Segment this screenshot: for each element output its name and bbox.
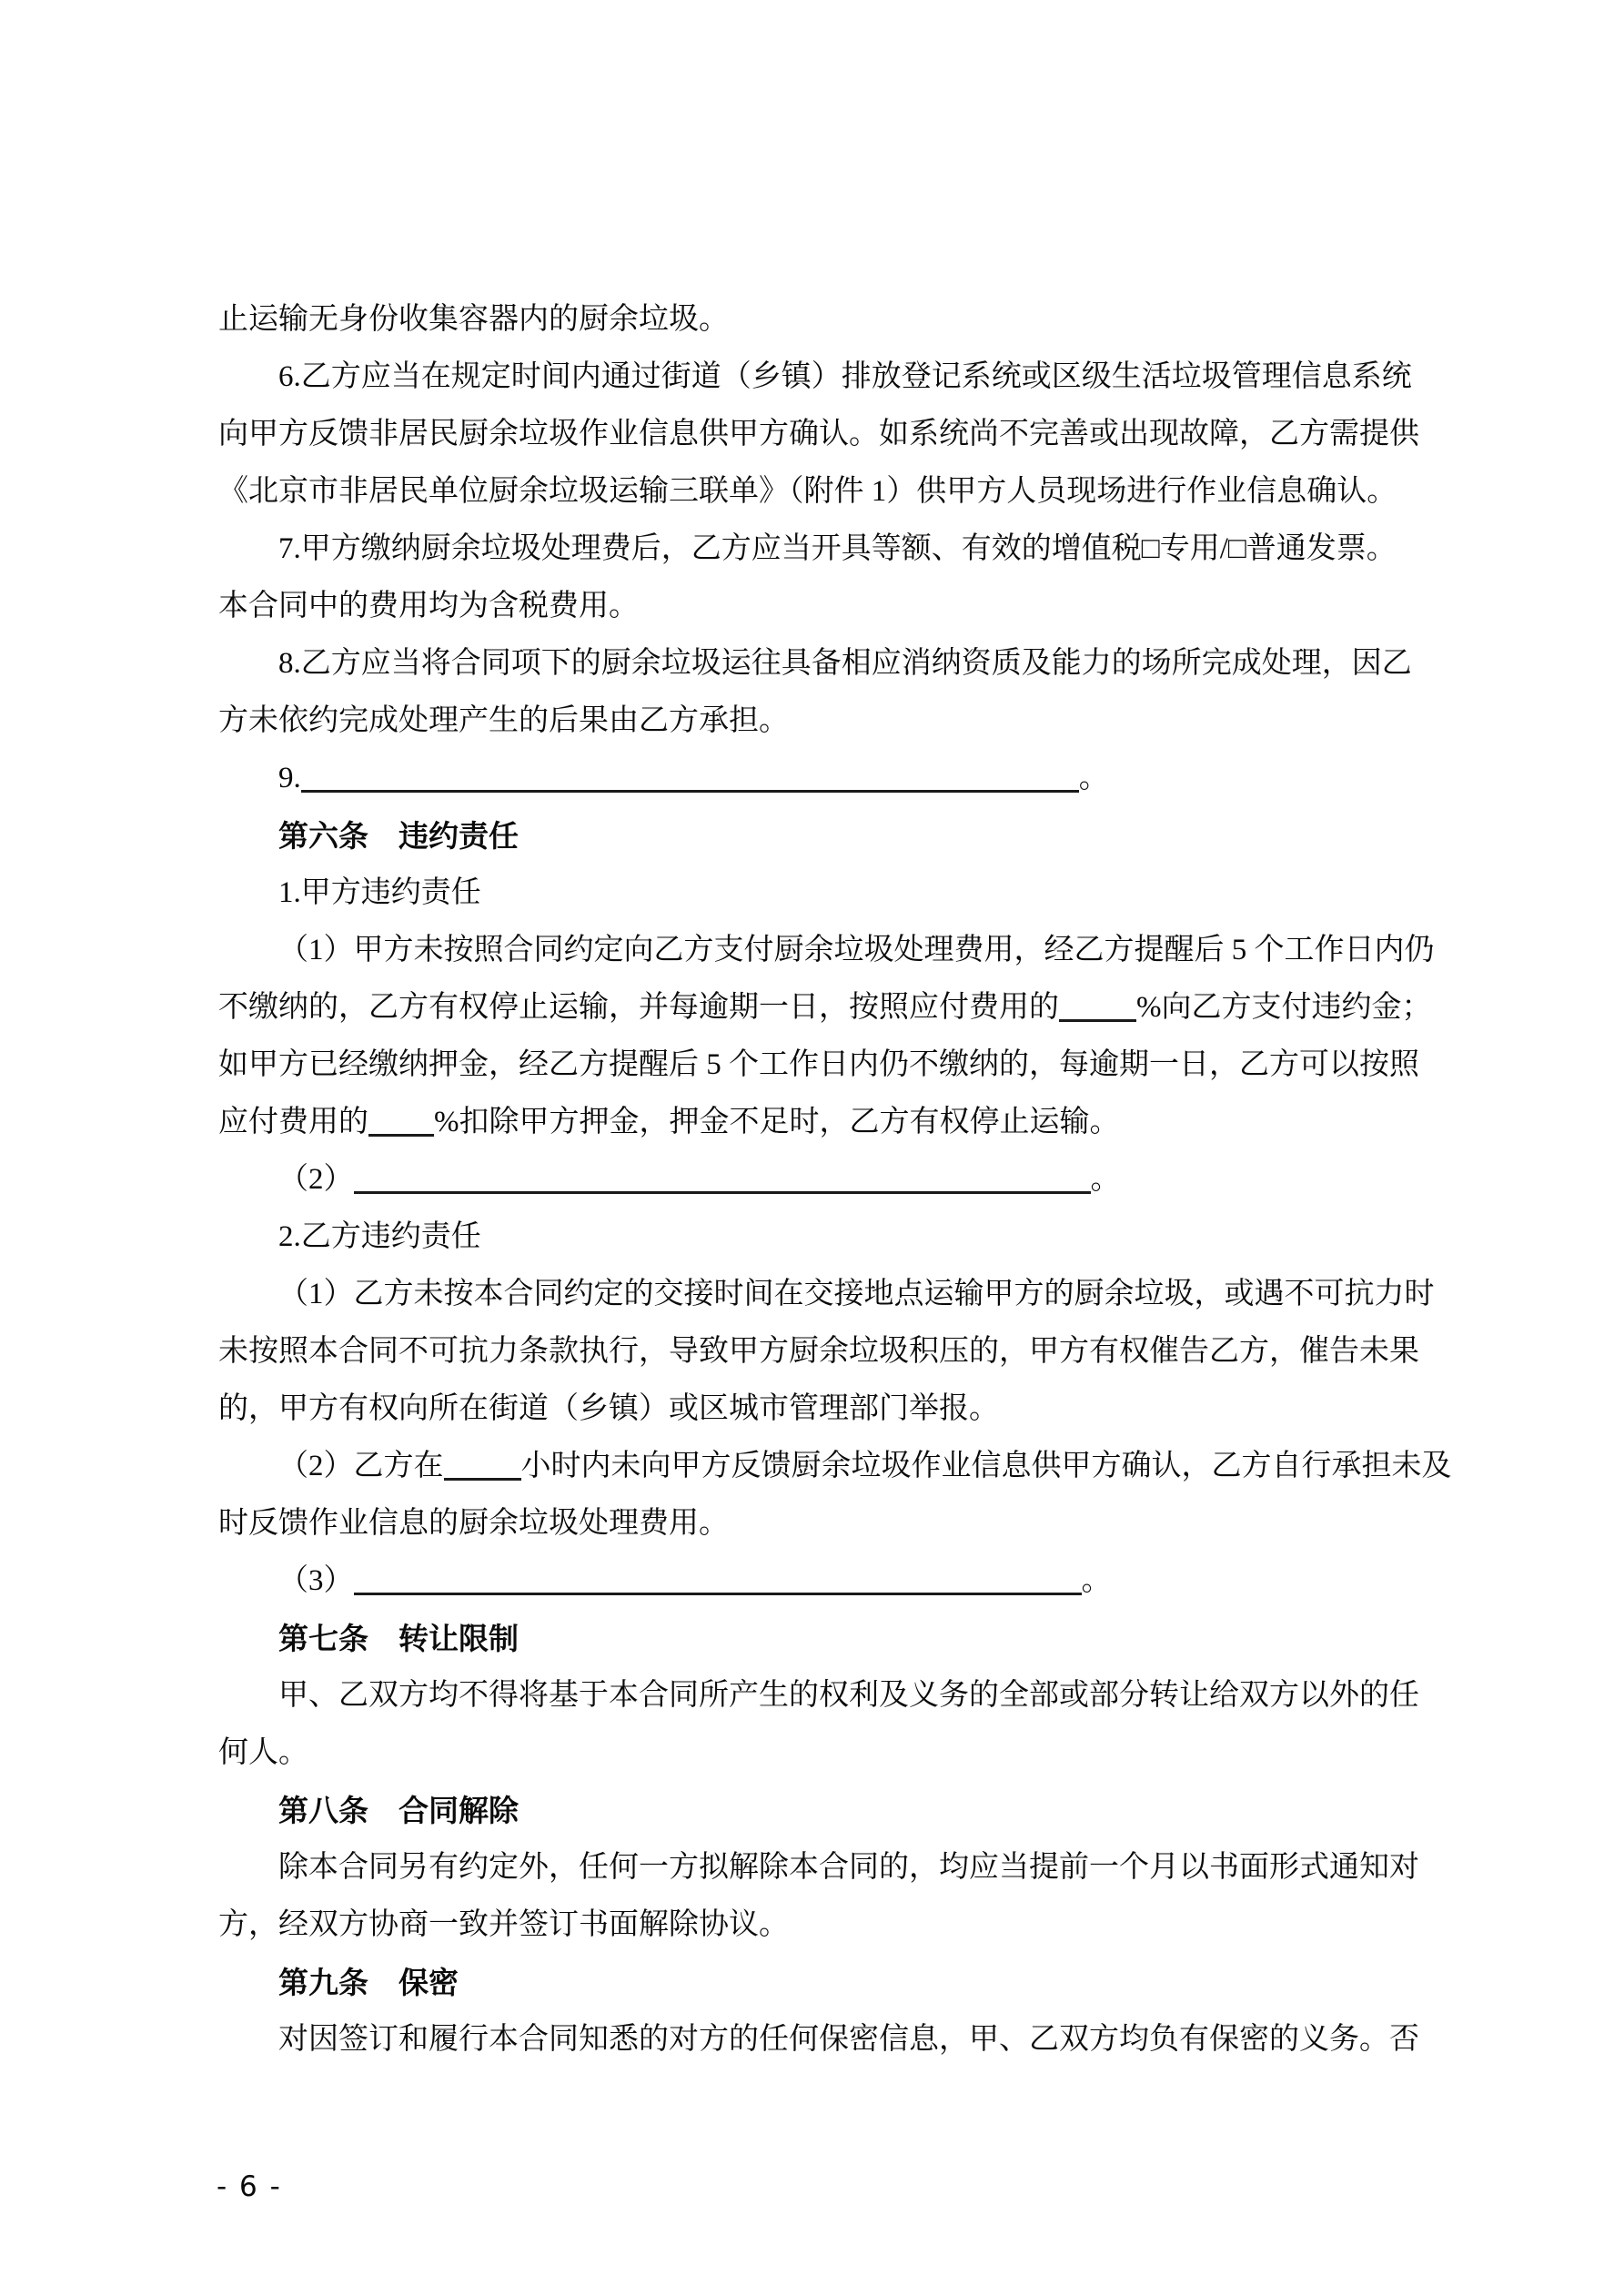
text-run: %向乙方支付违约金； <box>1136 991 1432 1024</box>
text-run: 8.乙方应当将合同项下的厨余垃圾运往具备相应消纳资质及能力的场所完成处理，因乙 <box>278 647 1412 680</box>
text-run: 。 <box>1091 1163 1121 1196</box>
text-line: （2）乙方在小时内未向甲方反馈厨余垃圾作业信息供甲方确认，乙方自行承担未及 <box>218 1438 1428 1495</box>
fill-in-blank[interactable] <box>1059 992 1136 1022</box>
text-run: 何人。 <box>218 1736 308 1769</box>
text-line: 除本合同另有约定外，任何一方拟解除本合同的，均应当提前一个月以书面形式通知对 <box>218 1839 1428 1896</box>
text-run: 普通发票。 <box>1246 532 1397 565</box>
fill-in-blank[interactable] <box>444 1451 521 1481</box>
text-run: （2） <box>278 1163 354 1196</box>
text-run: 6.乙方应当在规定时间内通过街道（乡镇）排放登记系统或区级生活垃圾管理信息系统 <box>278 360 1412 393</box>
text-run: 的，甲方有权向所在街道（乡镇）或区城市管理部门举报。 <box>218 1392 999 1425</box>
section-heading: 第七条 转让限制 <box>218 1610 1428 1667</box>
text-line: 不缴纳的，乙方有权停止运输，并每逾期一日，按照应付费用的%向乙方支付违约金； <box>218 979 1428 1037</box>
text-line: 止运输无身份收集容器内的厨余垃圾。 <box>218 291 1428 349</box>
text-line: 应付费用的%扣除甲方押金，押金不足时，乙方有权停止运输。 <box>218 1094 1428 1151</box>
text-run: 甲、乙双方均不得将基于本合同所产生的权利及义务的全部或部分转让给双方以外的任 <box>278 1679 1419 1712</box>
fill-in-blank[interactable] <box>301 763 1079 793</box>
text-line: （1）乙方未按本合同约定的交接时间在交接地点运输甲方的厨余垃圾，或遇不可抗力时 <box>218 1266 1428 1323</box>
text-line: 甲、乙双方均不得将基于本合同所产生的权利及义务的全部或部分转让给双方以外的任 <box>218 1667 1428 1725</box>
section-heading: 第六条 违约责任 <box>218 807 1428 865</box>
text-line: 方，经双方协商一致并签订书面解除协议。 <box>218 1896 1428 1954</box>
text-run: 本合同中的费用均为含税费用。 <box>218 590 639 622</box>
text-run: 第九条 保密 <box>278 1965 459 2000</box>
text-run: （1）乙方未按本合同约定的交接时间在交接地点运输甲方的厨余垃圾，或遇不可抗力时 <box>278 1278 1435 1310</box>
text-run: 应付费用的 <box>218 1106 368 1138</box>
text-run: 未按照本合同不可抗力条款执行，导致甲方厨余垃圾积压的，甲方有权催告乙方，催告未果 <box>218 1335 1419 1368</box>
text-run: （2）乙方在 <box>278 1450 444 1482</box>
text-run: 对因签订和履行本合同知悉的对方的任何保密信息，甲、乙双方均负有保密的义务。否 <box>278 2023 1419 2056</box>
page-number: - 6 - <box>217 2169 282 2205</box>
text-run: 第八条 合同解除 <box>278 1793 519 1828</box>
text-run: 如甲方已经缴纳押金，经乙方提醒后 5 个工作日内仍不缴纳的，每逾期一日，乙方可以… <box>218 1048 1419 1081</box>
text-run: 第七条 转让限制 <box>278 1621 519 1656</box>
text-run: 2.乙方违约责任 <box>278 1220 481 1253</box>
text-run: 方未依约完成处理产生的后果由乙方承担。 <box>218 704 789 737</box>
text-run: 除本合同另有约定外，任何一方拟解除本合同的，均应当提前一个月以书面形式通知对 <box>278 1851 1419 1884</box>
text-line: 8.乙方应当将合同项下的厨余垃圾运往具备相应消纳资质及能力的场所完成处理，因乙 <box>218 635 1428 693</box>
section-heading: 第八条 合同解除 <box>218 1782 1428 1839</box>
text-line: 时反馈作业信息的厨余垃圾处理费用。 <box>218 1495 1428 1553</box>
text-run: %扣除甲方押金，押金不足时，乙方有权停止运输。 <box>434 1106 1120 1138</box>
text-run: 时反馈作业信息的厨余垃圾处理费用。 <box>218 1507 729 1540</box>
text-line: 何人。 <box>218 1725 1428 1782</box>
checkbox-special-invoice-icon[interactable]: □ <box>1142 532 1160 565</box>
text-run: 。 <box>1082 1564 1112 1597</box>
text-run: 7.甲方缴纳厨余垃圾处理费后，乙方应当开具等额、有效的增值税 <box>278 532 1142 565</box>
text-run: 《北京市非居民单位厨余垃圾运输三联单》（附件 1）供甲方人员现场进行作业信息确认… <box>218 475 1397 508</box>
text-line: 的，甲方有权向所在街道（乡镇）或区城市管理部门举报。 <box>218 1381 1428 1438</box>
text-run: 向甲方反馈非居民厨余垃圾作业信息供甲方确认。如系统尚不完善或出现故障，乙方需提供 <box>218 418 1419 450</box>
text-run: 1.甲方违约责任 <box>278 876 481 909</box>
text-run: 方，经双方协商一致并签订书面解除协议。 <box>218 1908 789 1941</box>
text-line: （1）甲方未按照合同约定向乙方支付厨余垃圾处理费用，经乙方提醒后 5 个工作日内… <box>218 922 1428 979</box>
text-line: 7.甲方缴纳厨余垃圾处理费后，乙方应当开具等额、有效的增值税□专用/□普通发票。 <box>218 521 1428 578</box>
text-line: 1.甲方违约责任 <box>218 865 1428 922</box>
text-run: 止运输无身份收集容器内的厨余垃圾。 <box>218 303 729 336</box>
text-line: （3）。 <box>218 1553 1428 1610</box>
text-run: 专用/ <box>1160 532 1228 565</box>
text-line: 对因签订和履行本合同知悉的对方的任何保密信息，甲、乙双方均负有保密的义务。否 <box>218 2011 1428 2068</box>
text-line: 本合同中的费用均为含税费用。 <box>218 578 1428 635</box>
text-run: （3） <box>278 1564 354 1597</box>
contract-document-page: 止运输无身份收集容器内的厨余垃圾。6.乙方应当在规定时间内通过街道（乡镇）排放登… <box>0 0 1624 2296</box>
text-line: （2）。 <box>218 1151 1428 1209</box>
text-line: 未按照本合同不可抗力条款执行，导致甲方厨余垃圾积压的，甲方有权催告乙方，催告未果 <box>218 1323 1428 1381</box>
text-line: 方未依约完成处理产生的后果由乙方承担。 <box>218 693 1428 750</box>
checkbox-ordinary-invoice-icon[interactable]: □ <box>1228 532 1246 565</box>
text-run: 。 <box>1079 762 1109 794</box>
text-line: 《北京市非居民单位厨余垃圾运输三联单》（附件 1）供甲方人员现场进行作业信息确认… <box>218 463 1428 521</box>
fill-in-blank[interactable] <box>368 1107 434 1137</box>
text-run: 不缴纳的，乙方有权停止运输，并每逾期一日，按照应付费用的 <box>218 991 1059 1024</box>
text-line: 9.。 <box>218 750 1428 807</box>
text-line: 2.乙方违约责任 <box>218 1209 1428 1266</box>
fill-in-blank[interactable] <box>354 1565 1082 1595</box>
text-run: 小时内未向甲方反馈厨余垃圾作业信息供甲方确认，乙方自行承担未及 <box>521 1450 1452 1482</box>
text-line: 如甲方已经缴纳押金，经乙方提醒后 5 个工作日内仍不缴纳的，每逾期一日，乙方可以… <box>218 1037 1428 1094</box>
text-line: 向甲方反馈非居民厨余垃圾作业信息供甲方确认。如系统尚不完善或出现故障，乙方需提供 <box>218 406 1428 463</box>
text-run: 第六条 违约责任 <box>278 818 519 854</box>
text-run: （1）甲方未按照合同约定向乙方支付厨余垃圾处理费用，经乙方提醒后 5 个工作日内… <box>278 934 1435 966</box>
section-heading: 第九条 保密 <box>218 1954 1428 2011</box>
text-run: 9. <box>278 762 301 794</box>
text-line: 6.乙方应当在规定时间内通过街道（乡镇）排放登记系统或区级生活垃圾管理信息系统 <box>218 349 1428 406</box>
document-lines: 止运输无身份收集容器内的厨余垃圾。6.乙方应当在规定时间内通过街道（乡镇）排放登… <box>218 291 1428 2068</box>
fill-in-blank[interactable] <box>354 1164 1091 1194</box>
